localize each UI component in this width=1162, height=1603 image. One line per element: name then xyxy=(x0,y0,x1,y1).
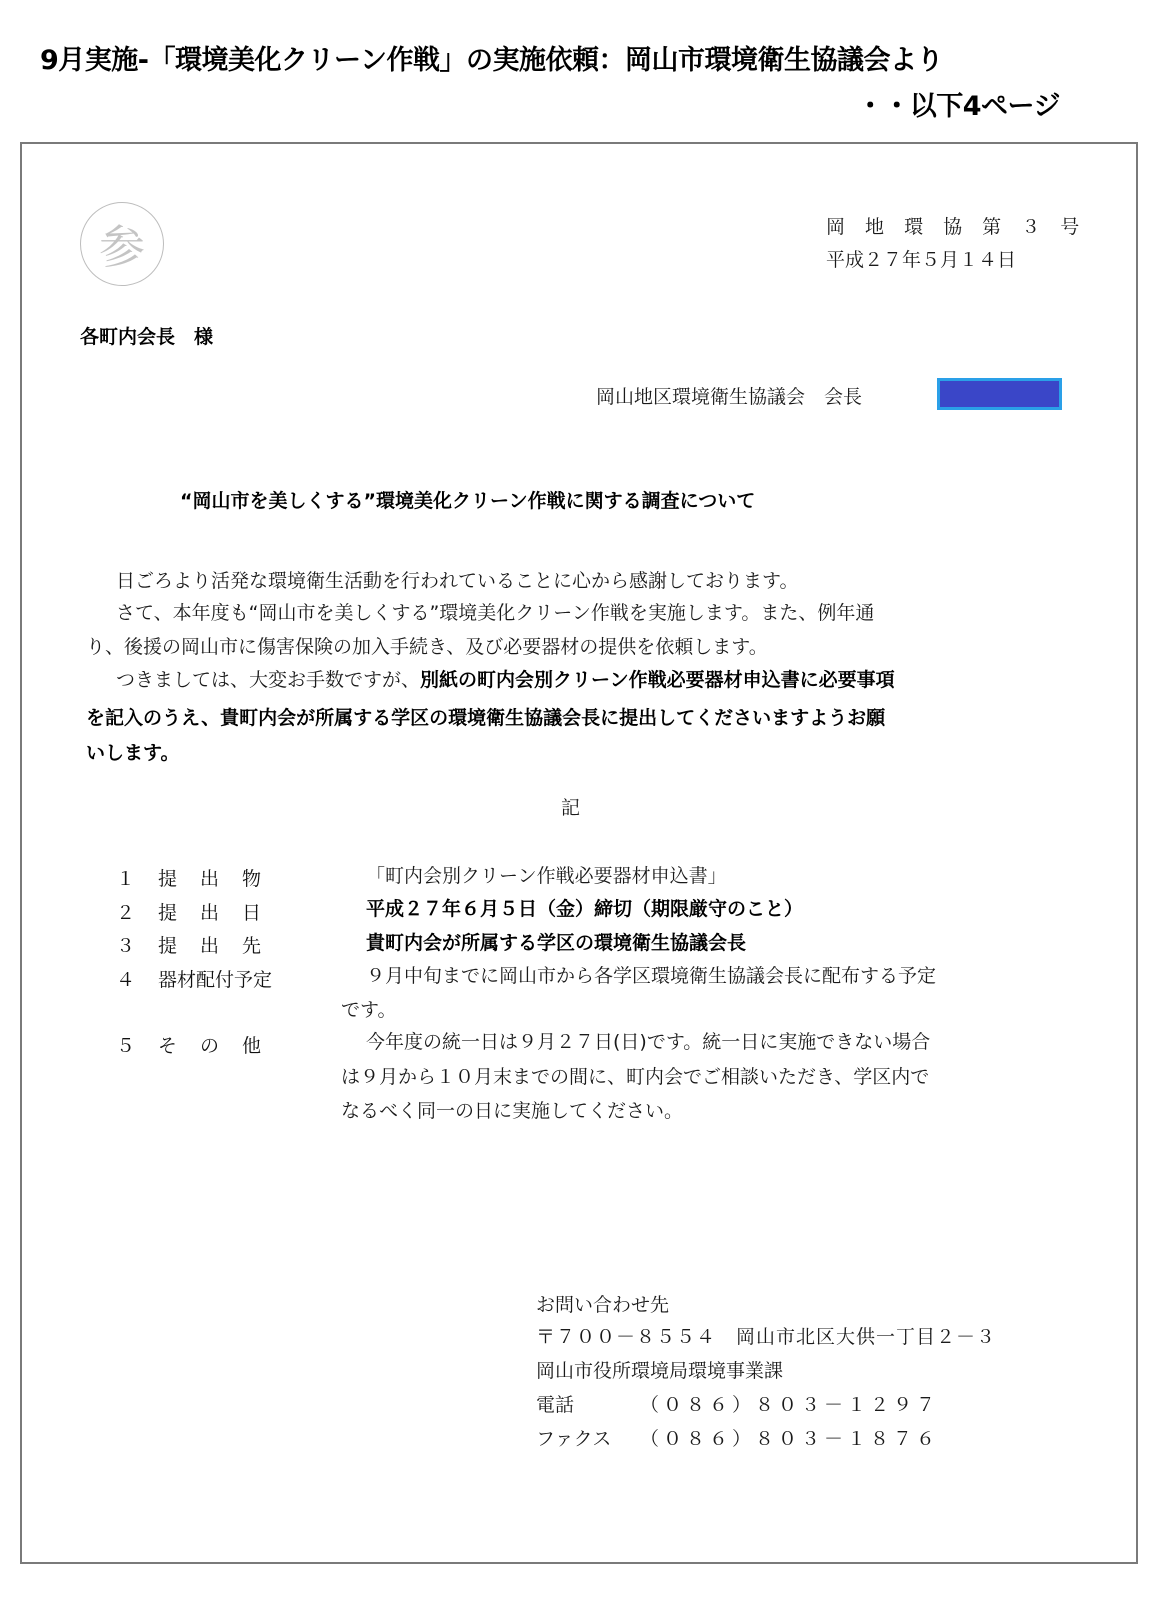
item-label: 提 出 物 xyxy=(158,864,263,891)
item-value: 平成２７年６月５日（金）締切（期限厳守のこと） xyxy=(366,894,803,921)
page-headline: 9月実施-「環境美化クリーン作戦」の実施依頼：岡山市環境衛生協議会より xyxy=(40,38,943,77)
addressee: 各町内会長 様 xyxy=(80,322,213,349)
item-label: そ の 他 xyxy=(158,1031,263,1058)
item-value-continuation: なるべく同一の日に実施してください。 xyxy=(341,1096,683,1123)
item-label: 提 出 先 xyxy=(158,931,263,958)
item-value-continuation: は９月から１０月末までの間に、町内会でご相談いただき、学区内で xyxy=(341,1062,929,1089)
page-subheadline: ・・以下4ページ xyxy=(857,84,1060,123)
item-value: 今年度の統一日は９月２７日(日)です。統一日に実施できない場合 xyxy=(366,1027,930,1054)
body-paragraph-3-line-3: いします。 xyxy=(86,738,179,765)
item-number: ４ xyxy=(116,965,135,992)
item-label: 器材配付予定 xyxy=(158,965,272,992)
body-paragraph-3-line-1: つきましては、大変お手数ですが、別紙の町内会別クリーン作戦必要器材申込書に必要事… xyxy=(116,665,895,692)
body-paragraph-3-normal: つきましては、大変お手数ですが、 xyxy=(116,669,420,691)
contact-fax: （０８６）８０３－１８７６ xyxy=(640,1424,939,1451)
item-value-continuation: です。 xyxy=(341,995,396,1022)
redacted-name-block xyxy=(937,378,1062,410)
contact-heading: お問い合わせ先 xyxy=(536,1290,669,1317)
contact-fax-label: ファクス xyxy=(536,1424,611,1451)
item-number: ５ xyxy=(116,1031,135,1058)
body-paragraph-2-line-2: り、後援の岡山市に傷害保険の加入手続き、及び必要器材の提供を依頼します。 xyxy=(86,632,768,659)
item-value: 貴町内会が所属する学区の環境衛生協議会長 xyxy=(366,928,746,955)
body-paragraph-3-emphasis: 別紙の町内会別クリーン作戦必要器材申込書に必要事項 xyxy=(420,669,895,691)
body-paragraph-3-line-2: を記入のうえ、貴町内会が所属する学区の環境衛生協議会長に提出してくださいますよう… xyxy=(86,703,885,730)
contact-phone-label: 電話 xyxy=(536,1390,574,1417)
sender: 岡山地区環境衛生協議会 会長 xyxy=(596,382,862,409)
body-paragraph-2-line-1: さて、本年度も“岡山市を美しくする”環境美化クリーン作戦を実施します。また、例年… xyxy=(116,598,874,625)
ki-heading: 記 xyxy=(561,793,580,820)
document-subject: “岡山市を美しくする”環境美化クリーン作戦に関する調査について xyxy=(180,486,755,513)
body-paragraph-1: 日ごろより活発な環境衛生活動を行われていることに心から感謝しております。 xyxy=(116,566,798,593)
item-number: ２ xyxy=(116,898,135,925)
reference-number: 岡 地 環 協 第 ３ 号 xyxy=(826,212,1086,239)
contact-phone: （０８６）８０３－１２９７ xyxy=(640,1390,939,1417)
item-label: 提 出 日 xyxy=(158,898,263,925)
document-frame xyxy=(20,142,1138,1564)
item-value: 「町内会別クリーン作戦必要器材申込書」 xyxy=(366,861,727,888)
item-number: １ xyxy=(116,864,135,891)
contact-address: 〒７００－８５５４ 岡山市北区大供一丁目２－３ xyxy=(536,1322,996,1349)
contact-department: 岡山市役所環境局環境事業課 xyxy=(536,1356,783,1383)
document-date: 平成２７年５月１４日 xyxy=(826,245,1016,272)
item-number: ３ xyxy=(116,931,135,958)
reference-stamp-icon: 参 xyxy=(80,202,164,286)
item-value: ９月中旬までに岡山市から各学区環境衛生協議会長に配布する予定 xyxy=(366,961,936,988)
